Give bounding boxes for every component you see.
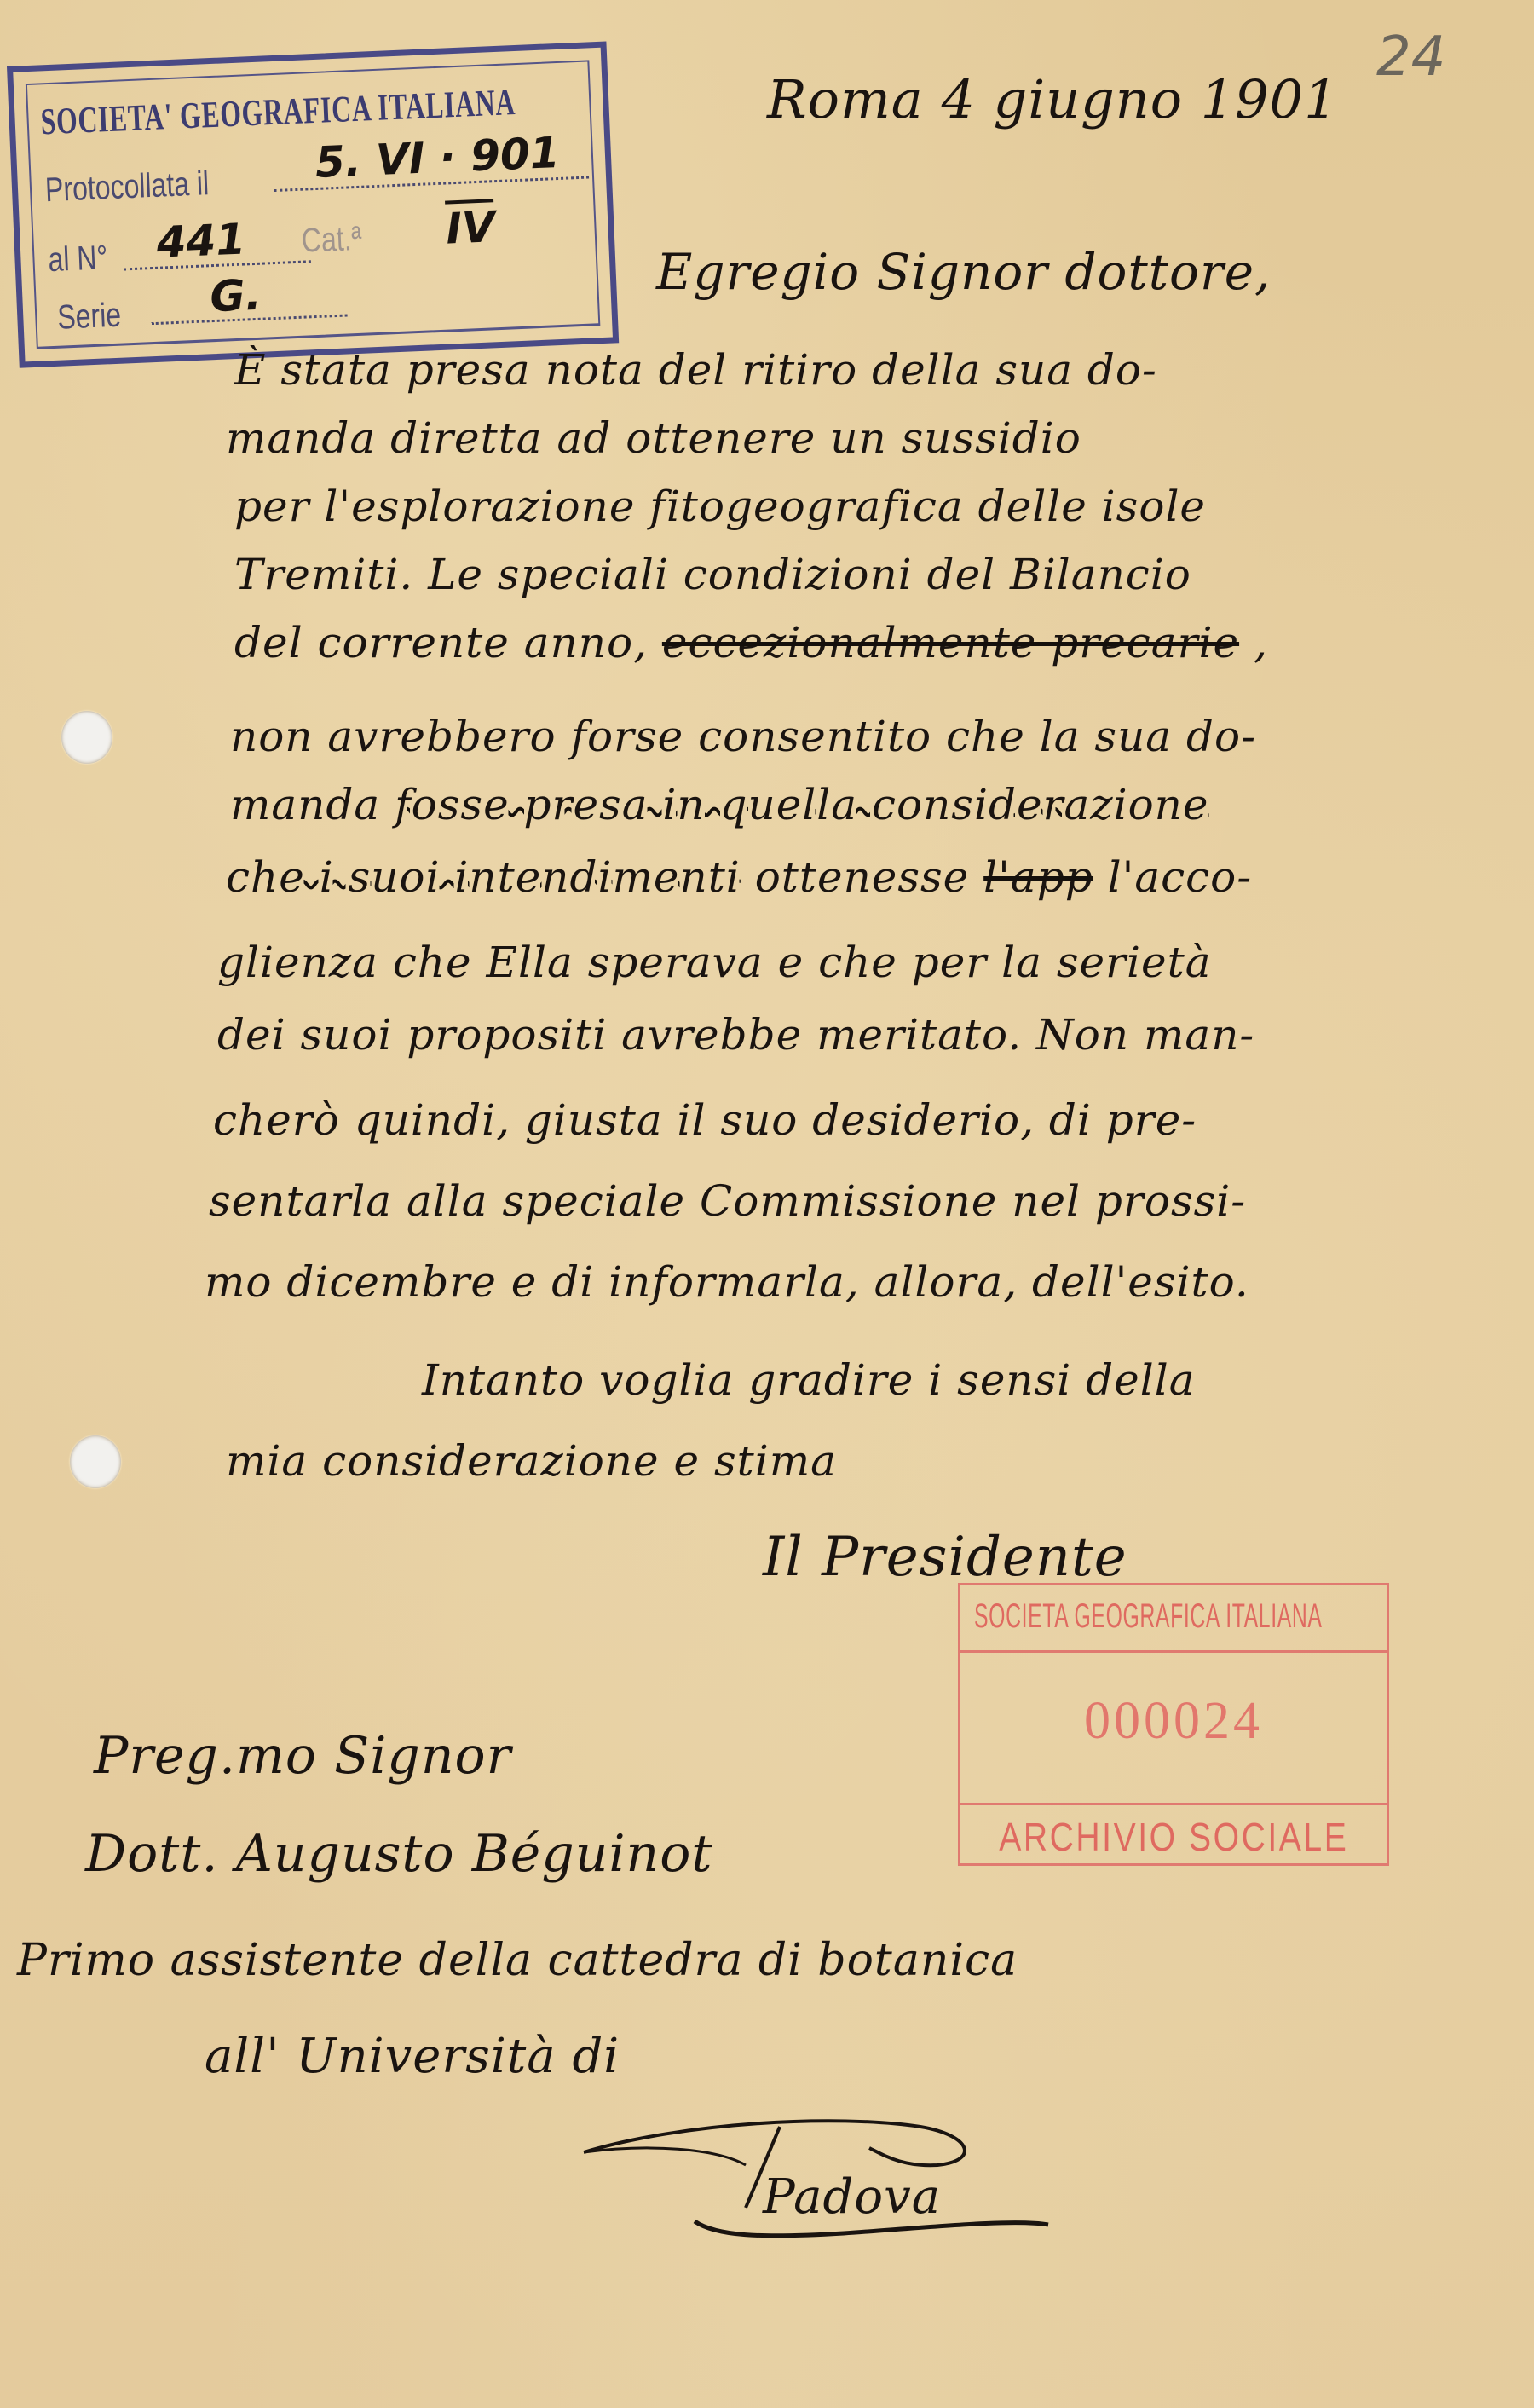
protocol-date-text: 5. VI · 901 — [314, 128, 561, 188]
body-line-5-end: , — [1239, 618, 1268, 667]
body-line-9: glienza che Ella sperava e che per la se… — [217, 938, 1212, 987]
protocol-series-value: G. — [209, 270, 262, 321]
place-date: Roma 4 giugno 1901 — [767, 68, 1339, 130]
address-line-3: Primo assistente della cattedra di botan… — [17, 1935, 1018, 1986]
archive-number: 000024 — [960, 1691, 1387, 1752]
address-line-2: Dott. Augusto Béguinot — [85, 1824, 712, 1884]
archive-stamp-footer-text: ARCHIVIO SOCIALE — [999, 1814, 1348, 1860]
archive-stamp: SOCIETA GEOGRAFICA ITALIANA 000024 ARCHI… — [958, 1583, 1389, 1866]
archive-stamp-header-text: SOCIETA GEOGRAFICA ITALIANA — [974, 1597, 1323, 1636]
body-line-6: non avrebbero forse consentito che la su… — [230, 712, 1256, 761]
protocol-date-value: 5. VI · 901 — [314, 128, 561, 188]
cancelled-text: che i suoi intendimenti — [226, 852, 741, 902]
closing-line-1: Intanto voglia gradire i sensi della — [422, 1355, 1196, 1405]
address-line-4: all' Università di — [205, 2029, 620, 2084]
body-line-5: del corrente anno, eccezionalmente preca… — [234, 618, 1268, 667]
protocol-number-label: al N° — [48, 239, 109, 280]
body-line-7: manda fosse presa in quella considerazio… — [230, 780, 1208, 829]
body-line-4: Tremiti. Le speciali condizioni del Bila… — [234, 550, 1191, 599]
cancelled-text: fosse presa in quella considerazione — [395, 780, 1208, 829]
punch-hole-top — [61, 711, 112, 764]
body-line-11: cherò quindi, giusta il suo desiderio, d… — [213, 1095, 1197, 1145]
address-line-1: Preg.mo Signor — [94, 1726, 511, 1786]
archive-stamp-header: SOCIETA GEOGRAFICA ITALIANA — [960, 1585, 1387, 1653]
body-line-3: per l'esplorazione fitogeografica delle … — [234, 482, 1206, 531]
body-line-8: che i suoi intendimenti ottenesse l'app … — [226, 852, 1252, 902]
body-line-8-end: l'acco- — [1093, 852, 1252, 902]
struck-text: eccezionalmente precarie — [662, 618, 1239, 667]
body-line-1: È stata presa nota del ritiro della sua … — [234, 345, 1157, 395]
city-underline-icon — [690, 2215, 1057, 2249]
archive-stamp-footer: ARCHIVIO SOCIALE — [960, 1803, 1387, 1863]
protocol-stamp: SOCIETA' GEOGRAFICA ITALIANA Protocollat… — [7, 42, 619, 368]
protocol-number-value: 441 — [156, 214, 247, 267]
closing-line-2: mia considerazione e stima — [226, 1436, 837, 1486]
protocol-series-label: Serie — [56, 297, 122, 338]
body-line-8-text: ottenesse — [741, 852, 983, 902]
body-line-12: sentarla alla speciale Commissione nel p… — [209, 1176, 1246, 1226]
body-line-13: mo dicembre e di informarla, allora, del… — [205, 1257, 1249, 1307]
body-line-2: manda diretta ad ottenere un sussidio — [226, 413, 1081, 463]
signature: Il Presidente — [763, 1526, 1127, 1589]
salutation: Egregio Signor dottore, — [656, 243, 1271, 301]
protocol-category-label: Cat.ª — [301, 220, 362, 261]
page-number: 24 — [1376, 26, 1445, 89]
protocol-category-value: IV — [445, 199, 496, 253]
protocol-date-label: Protocollata il — [44, 165, 210, 210]
body-line-7-text: manda — [230, 780, 395, 829]
punch-hole-bottom — [70, 1435, 121, 1488]
struck-text: l'app — [983, 852, 1093, 902]
body-line-10: dei suoi propositi avrebbe meritato. Non… — [217, 1010, 1254, 1060]
body-line-5-text: del corrente anno, — [234, 618, 662, 667]
